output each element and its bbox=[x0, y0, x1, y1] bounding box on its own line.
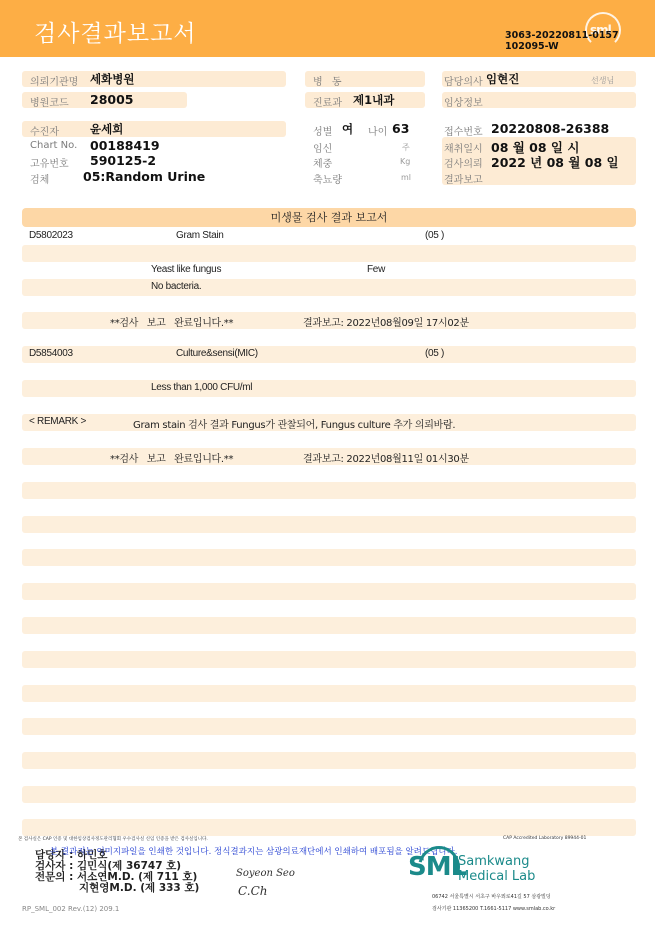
lab-name: Samkwang Medical Lab bbox=[458, 854, 535, 884]
specimen-label: 검체 bbox=[30, 171, 49, 186]
row-stripe bbox=[22, 549, 636, 566]
signature-1: Soyeon Seo bbox=[236, 868, 295, 879]
completion-note: **검사 보고 완료입니다.** bbox=[110, 450, 233, 465]
department-value: 제1내과 bbox=[353, 92, 394, 108]
sex-value: 여 bbox=[342, 121, 353, 137]
row-stripe bbox=[22, 786, 636, 803]
ward-label: 병 동 bbox=[313, 73, 345, 88]
page-title: 검사결과보고서 bbox=[34, 15, 197, 48]
report-sub-id: 102095-W bbox=[505, 41, 619, 52]
chart-no-value: 00188419 bbox=[90, 138, 160, 153]
test-specimen-code: (05 ) bbox=[425, 230, 444, 241]
hospital-code-value: 28005 bbox=[90, 92, 134, 107]
completion-note: **검사 보고 완료입니다.** bbox=[110, 314, 233, 329]
doctor-value: 임현진 bbox=[486, 71, 519, 87]
report-id-block: 3063-20220811-0157 102095-W bbox=[505, 30, 619, 52]
result-finding: No bacteria. bbox=[151, 281, 201, 292]
unique-no-value: 590125-2 bbox=[90, 153, 156, 168]
specimen-value: 05:Random Urine bbox=[83, 169, 205, 184]
hospital-code-label: 병원코드 bbox=[30, 94, 69, 109]
patient-label: 수진자 bbox=[30, 123, 59, 138]
sex-label: 성별 bbox=[313, 123, 332, 138]
row-stripe bbox=[22, 346, 636, 363]
request-label: 검사의뢰 bbox=[444, 155, 483, 170]
result-amount: Few bbox=[367, 264, 385, 275]
weight-unit: Kg bbox=[400, 157, 410, 166]
row-stripe bbox=[22, 380, 636, 397]
receipt-no-label: 접수번호 bbox=[444, 123, 483, 138]
row-stripe bbox=[22, 245, 636, 262]
reported-at: 결과보고: 2022년08월09일 17시02분 bbox=[303, 314, 469, 329]
patient-row bbox=[22, 121, 286, 137]
row-stripe bbox=[22, 685, 636, 702]
urine-volume-unit: ml bbox=[401, 173, 411, 182]
result-finding: Less than 1,000 CFU/ml bbox=[151, 382, 252, 393]
form-revision: RP_SML_002 Rev.(12) 209.1 bbox=[22, 905, 119, 913]
section-title: 미생물 검사 결과 보고서 bbox=[22, 208, 636, 227]
staff-role: 전문의 : bbox=[35, 871, 73, 883]
row-stripe bbox=[22, 718, 636, 735]
certification-note: 본 검사실은 CAP 인증 및 대한임상검사정도관리협회 우수검사실 신임 인증… bbox=[18, 836, 208, 842]
remark-text: Gram stain 검사 결과 Fungus가 관찰되어, Fungus cu… bbox=[133, 416, 455, 431]
report-header: 검사결과보고서 sml 3063-20220811-0157 102095-W bbox=[0, 0, 655, 57]
row-stripe bbox=[22, 482, 636, 499]
notice-text: 본 결과지는 이미지파일을 인쇄한 것입니다. 정식결과지는 삼광의료재단에서 … bbox=[50, 845, 457, 857]
row-stripe bbox=[22, 819, 636, 836]
request-value: 2022 년 08 월 08 일 bbox=[491, 153, 619, 171]
lab-contact: 검사기관 11365200 T.1661-5117 www.smlab.co.k… bbox=[432, 905, 555, 912]
patient-name: 윤세희 bbox=[90, 121, 123, 137]
lab-address: 06742 서울특별시 서초구 바우뫼로41길 57 삼광빌딩 bbox=[432, 893, 551, 900]
unique-no-label: 고유번호 bbox=[30, 155, 69, 170]
row-stripe bbox=[22, 516, 636, 533]
report-id: 3063-20220811-0157 bbox=[505, 30, 619, 41]
pregnancy-unit: 주 bbox=[402, 142, 410, 153]
reported-at: 결과보고: 2022년08월11일 01시30분 bbox=[303, 450, 469, 465]
row-stripe bbox=[22, 617, 636, 634]
remark-label: < REMARK > bbox=[29, 416, 86, 427]
pregnancy-label: 임신 bbox=[313, 140, 332, 155]
doctor-label: 담당의사 bbox=[444, 73, 483, 88]
collection-label: 채취일시 bbox=[444, 140, 483, 155]
test-name: Gram Stain bbox=[176, 230, 224, 241]
test-name: Culture&sensi(MIC) bbox=[176, 348, 258, 359]
age-label: 나이 bbox=[368, 123, 387, 138]
result-finding: Yeast like fungus bbox=[151, 264, 221, 275]
row-stripe bbox=[22, 651, 636, 668]
weight-label: 체중 bbox=[313, 155, 332, 170]
department-label: 진료과 bbox=[313, 94, 342, 109]
institution-value: 세화병원 bbox=[90, 71, 134, 87]
age-value: 63 bbox=[392, 121, 409, 136]
chart-no-label: Chart No. bbox=[30, 140, 77, 151]
signature-2: C.Ch bbox=[238, 884, 267, 898]
row-stripe bbox=[22, 583, 636, 600]
row-stripe bbox=[22, 279, 636, 296]
clinical-info-label: 임상정보 bbox=[444, 94, 483, 109]
result-report-label: 결과보고 bbox=[444, 171, 483, 186]
test-code: D5802023 bbox=[29, 230, 73, 241]
receipt-no-value: 20220808-26388 bbox=[491, 121, 609, 136]
test-code: D5854003 bbox=[29, 348, 73, 359]
urine-volume-label: 축뇨량 bbox=[313, 171, 342, 186]
cap-accreditation: CAP Accredited Laboratory 89944-01 bbox=[503, 836, 586, 841]
institution-label: 의뢰기관명 bbox=[30, 73, 78, 88]
test-specimen-code: (05 ) bbox=[425, 348, 444, 359]
row-stripe bbox=[22, 752, 636, 769]
doctor-suffix: 선생님 bbox=[591, 75, 614, 86]
staff-name: 지현영M.D. (제 333 호) bbox=[79, 882, 199, 894]
